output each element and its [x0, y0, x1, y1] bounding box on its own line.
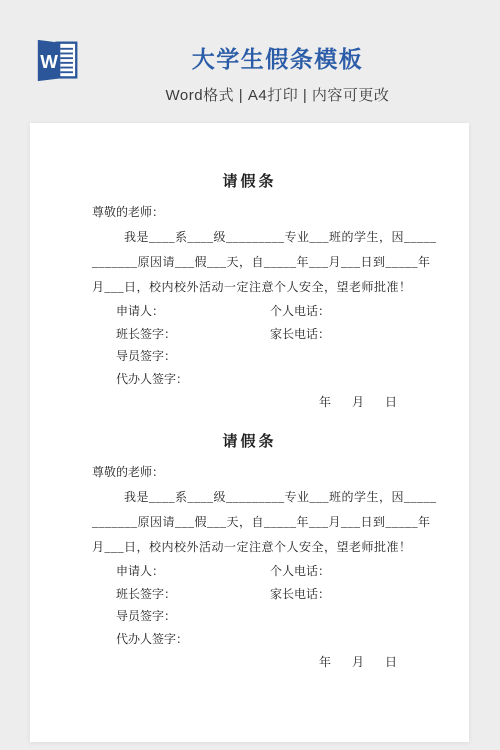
page-subtitle: Word格式 | A4打印 | 内容可更改 — [55, 84, 500, 105]
year-label: 年 — [319, 395, 331, 409]
header-text: 大学生假条模板 Word格式 | A4打印 | 内容可更改 — [55, 41, 500, 105]
year-label: 年 — [319, 655, 331, 669]
body-line-3: 月___日，校内校外活动一定注意个人安全，望老师批准！ — [92, 535, 407, 560]
body-line-1: 我是____系____级_________专业___班的学生，因_____ — [92, 485, 407, 510]
body-line-3: 月___日，校内校外活动一定注意个人安全，望老师批准！ — [92, 275, 407, 300]
body-line-1: 我是____系____级_________专业___班的学生，因_____ — [92, 225, 407, 250]
personal-phone-label: 个人电话： — [270, 560, 330, 583]
counselor-signature-label: 导员签字： — [116, 345, 270, 368]
agent-signature-label: 代办人签字： — [116, 628, 270, 651]
month-label: 月 — [352, 655, 364, 669]
applicant-label: 申请人： — [116, 300, 270, 323]
form-body: 尊敬的老师： 我是____系____级_________专业___班的学生，因_… — [92, 200, 407, 414]
document-page: 请假条 尊敬的老师： 我是____系____级_________专业___班的学… — [30, 123, 469, 742]
day-label: 日 — [385, 655, 397, 669]
body-line-2: _______原因请___假___天，自_____年___月___日到_____… — [92, 510, 407, 535]
date-line: 年 月 日 — [92, 651, 407, 674]
signature-row: 代办人签字： — [92, 368, 407, 391]
signature-row: 班长签字： 家长电话： — [92, 583, 407, 606]
monitor-signature-label: 班长签字： — [116, 583, 270, 606]
signature-row: 班长签字： 家长电话： — [92, 323, 407, 346]
header: W 大学生假条模板 Word格式 | A4打印 | 内容可更改 — [0, 0, 500, 118]
body-line-2: _______原因请___假___天，自_____年___月___日到_____… — [92, 250, 407, 275]
salutation: 尊敬的老师： — [92, 460, 407, 485]
form-body: 尊敬的老师： 我是____系____级_________专业___班的学生，因_… — [92, 460, 407, 674]
signature-row: 申请人： 个人电话： — [92, 300, 407, 323]
personal-phone-label: 个人电话： — [270, 300, 330, 323]
parent-phone-label: 家长电话： — [270, 323, 330, 346]
counselor-signature-label: 导员签字： — [116, 605, 270, 628]
parent-phone-label: 家长电话： — [270, 583, 330, 606]
month-label: 月 — [352, 395, 364, 409]
signature-row: 导员签字： — [92, 605, 407, 628]
day-label: 日 — [385, 395, 397, 409]
applicant-label: 申请人： — [116, 560, 270, 583]
signature-row: 导员签字： — [92, 345, 407, 368]
leave-note-form-2: 请假条 尊敬的老师： 我是____系____级_________专业___班的学… — [92, 433, 407, 674]
date-line: 年 月 日 — [92, 391, 407, 414]
leave-note-form-1: 请假条 尊敬的老师： 我是____系____级_________专业___班的学… — [92, 173, 407, 414]
form-title: 请假条 — [92, 173, 407, 191]
monitor-signature-label: 班长签字： — [116, 323, 270, 346]
page-title: 大学生假条模板 — [55, 41, 500, 74]
signature-row: 代办人签字： — [92, 628, 407, 651]
signature-row: 申请人： 个人电话： — [92, 560, 407, 583]
form-title: 请假条 — [92, 433, 407, 451]
salutation: 尊敬的老师： — [92, 200, 407, 225]
agent-signature-label: 代办人签字： — [116, 368, 270, 391]
